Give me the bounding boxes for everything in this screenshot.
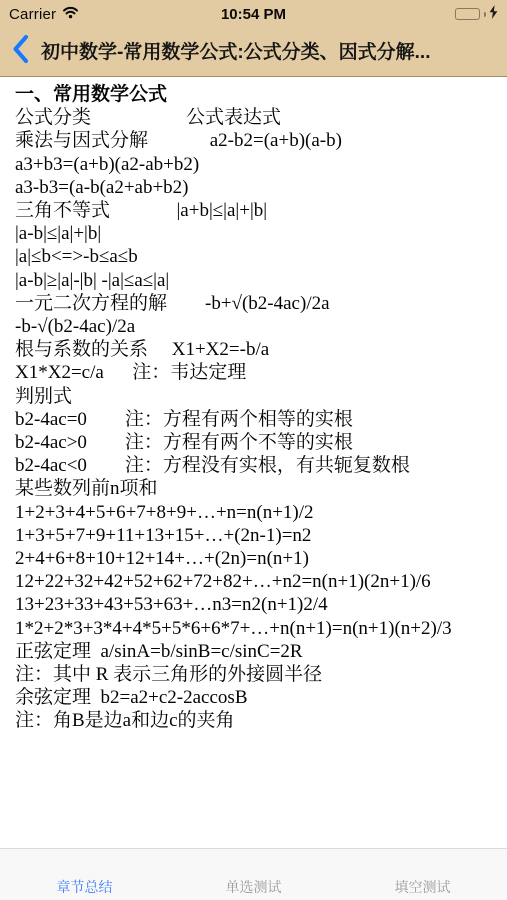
carrier-label: Carrier: [9, 6, 56, 23]
status-left: Carrier: [9, 6, 79, 23]
formula-line: 1*2+2*3+3*4+4*5+5*6+6*7+…+n(n+1)=n(n+1)(…: [15, 617, 493, 640]
formula-line: |a-b|≥|a|-|b| -|a|≤a≤|a|: [15, 269, 493, 292]
page-title: 初中数学-常用数学公式:公式分类、因式分解...: [41, 37, 497, 64]
formula-line: 公式分类 公式表达式: [15, 106, 493, 129]
formula-line: 根与系数的关系 X1+X2=-b/a: [15, 338, 493, 361]
formula-line: a3+b3=(a+b)(a2-ab+b2): [15, 153, 493, 176]
section-heading: 一、常用数学公式: [15, 83, 493, 106]
formula-line: b2-4ac>0 注：方程有两个不等的实根: [15, 431, 493, 454]
formula-line: 一元二次方程的解 -b+√(b2-4ac)/2a: [15, 292, 493, 315]
tab-single-choice-test[interactable]: 单选测试: [169, 877, 338, 900]
formula-line: 正弦定理 a/sinA=b/sinB=c/sinC=2R: [15, 640, 493, 663]
formula-line: b2-4ac<0 注：方程没有实根，有共轭复数根: [15, 454, 493, 477]
chevron-left-icon: [12, 34, 29, 69]
back-button[interactable]: [10, 32, 33, 69]
tab-bar: 章节总结 单选测试 填空测试: [0, 848, 507, 900]
top-chrome: Carrier 10:54 PM: [0, 0, 507, 77]
formula-line: 注：其中 R 表示三角形的外接圆半径: [15, 663, 493, 686]
formula-line: b2-4ac=0 注：方程有两个相等的实根: [15, 408, 493, 431]
formula-line: 13+23+33+43+53+63+…n3=n2(n+1)2/4: [15, 593, 493, 616]
formula-line: 注：角B是边a和边c的夹角: [15, 709, 493, 732]
formula-line: 12+22+32+42+52+62+72+82+…+n2=n(n+1)(2n+1…: [15, 570, 493, 593]
battery-nub: [484, 12, 486, 17]
formula-line: 乘法与因式分解 a2-b2=(a+b)(a-b): [15, 129, 493, 152]
app-screen: Carrier 10:54 PM: [0, 0, 507, 900]
formula-line: X1*X2=c/a 注：韦达定理: [15, 361, 493, 384]
status-bar: Carrier 10:54 PM: [0, 0, 507, 28]
tab-chapter-summary[interactable]: 章节总结: [0, 877, 169, 900]
wifi-icon: [62, 6, 79, 23]
formula-line: 判别式: [15, 385, 493, 408]
formula-line: -b-√(b2-4ac)/2a: [15, 315, 493, 338]
charging-bolt-icon: [489, 5, 498, 23]
formula-text-area[interactable]: 一、常用数学公式 公式分类 公式表达式 乘法与因式分解 a2-b2=(a+b)(…: [0, 77, 507, 848]
tab-fill-blank-test[interactable]: 填空测试: [338, 877, 507, 900]
formula-line: 三角不等式 |a+b|≤|a|+|b|: [15, 199, 493, 222]
formula-line: 余弦定理 b2=a2+c2-2accosB: [15, 686, 493, 709]
battery-icon: [455, 8, 480, 20]
status-right: [455, 5, 498, 23]
formula-line: 某些数列前n项和: [15, 477, 493, 500]
formula-line: a3-b3=(a-b(a2+ab+b2): [15, 176, 493, 199]
formula-line: |a|≤b<=>-b≤a≤b: [15, 245, 493, 268]
nav-bar: 初中数学-常用数学公式:公式分类、因式分解...: [0, 28, 507, 76]
formula-line: |a-b|≤|a|+|b|: [15, 222, 493, 245]
formula-line: 2+4+6+8+10+12+14+…+(2n)=n(n+1): [15, 547, 493, 570]
formula-line: 1+2+3+4+5+6+7+8+9+…+n=n(n+1)/2: [15, 501, 493, 524]
formula-line: 1+3+5+7+9+11+13+15+…+(2n-1)=n2: [15, 524, 493, 547]
